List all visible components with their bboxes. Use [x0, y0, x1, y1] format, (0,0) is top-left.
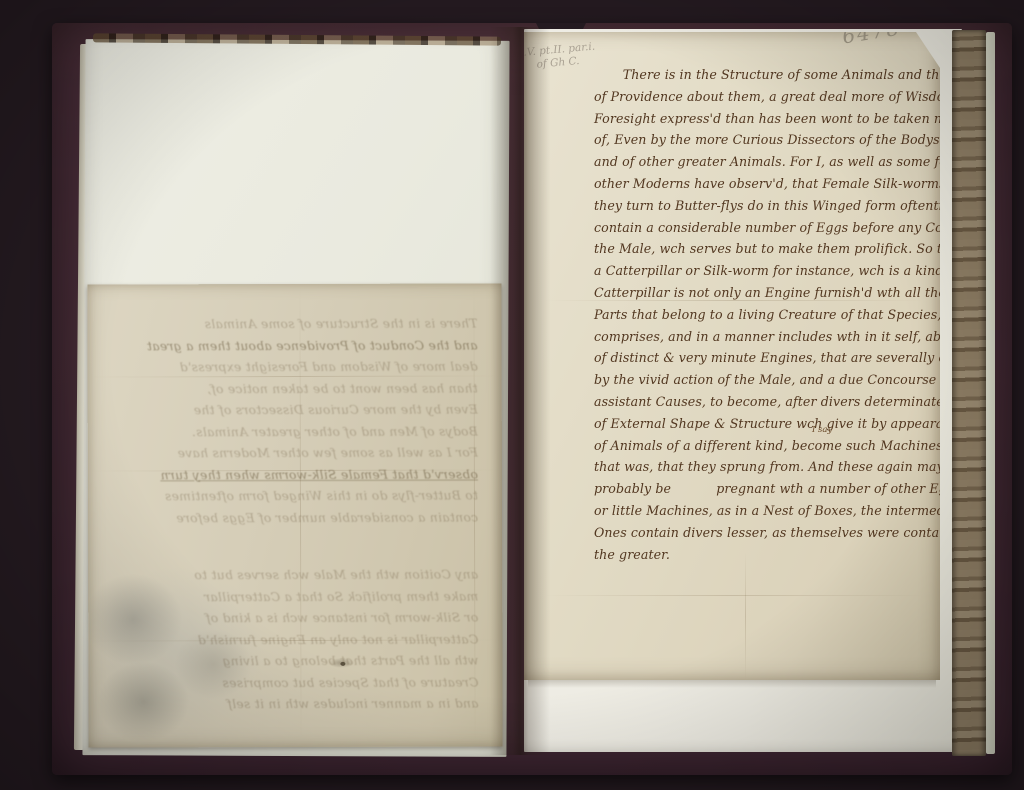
manuscript-line: and of other greater Animals. For I, as … [594, 151, 950, 173]
manuscript-line: comprises, and in a manner includes wth … [594, 326, 950, 348]
manuscript-line: that was, that they sprung from. And the… [594, 456, 950, 478]
showthrough-line: Even by the more Curious Dissectors of t… [102, 400, 478, 422]
manuscript-line: Catterpillar is not only an Engine furni… [594, 282, 950, 304]
fold-crease [745, 552, 746, 680]
manuscript-line: the Male, wch serves but to make them pr… [594, 238, 950, 260]
fore-edge-endpaper [986, 32, 995, 754]
interlinear-insertion: I say [812, 425, 832, 435]
manuscript-line: contain a considerable number of Eggs be… [594, 217, 950, 239]
showthrough-line: to Butter-flys do in this Winged form of… [102, 486, 478, 508]
manuscript-line: Foresight express'd than has been wont t… [594, 108, 950, 130]
showthrough-line: and in a manner includes wth in it self [102, 694, 478, 716]
manuscript-line: probably be pregnant wth a number of oth… [594, 478, 950, 500]
manuscript-photograph: There is in the Structure of some Animal… [0, 0, 1024, 790]
gutter-shadow [490, 27, 550, 755]
manuscript-line: a Catterpillar or Silk-worm for instance… [594, 260, 950, 282]
folio-number: 6478 [840, 16, 902, 49]
inserted-letter-sheet: There is in the Structure of some Animal… [87, 283, 502, 747]
showthrough-line: any Coition wth the Male wch serves but … [102, 565, 478, 587]
manuscript-line: assistant Causes, to become, after diver… [594, 391, 950, 413]
manuscript-line: by the vivid action of the Male, and a d… [594, 369, 950, 391]
manuscript-line: of Animals of a different kind, become s… [594, 435, 950, 457]
manuscript-line: other Moderns have observ'd, that Female… [594, 173, 950, 195]
showthrough-line: deal more of Wisdom and Foresight expres… [102, 357, 478, 379]
showthrough-line: than has been wont to be taken notice of… [102, 378, 478, 400]
showthrough-line: observ'd that Female Silk-worms when the… [102, 464, 478, 486]
showthrough-line: contain a considerable number of Eggs be… [102, 507, 478, 529]
showthrough-line: There is in the Structure of some Animal… [101, 314, 477, 336]
manuscript-line: or little Machines, as in a Nest of Boxe… [594, 500, 950, 522]
showthrough-line: Catterpillar is not only an Engine furni… [102, 629, 478, 651]
showthrough-line: and the Conduct of Providence about them… [102, 335, 478, 357]
manuscript-line: of Providence about them, a great deal m… [594, 86, 950, 108]
page-fore-edges [952, 30, 986, 756]
manuscript-line: of External Shape & Structure wch give i… [594, 413, 950, 435]
manuscript-line: the greater. [594, 544, 950, 566]
showthrough-line: wth all the Parts that belong to a livin… [102, 651, 478, 673]
fold-crease [544, 595, 924, 596]
showthrough-text: There is in the Structure of some Animal… [101, 314, 478, 716]
showthrough-line: Bodys of Men and of other greater Animal… [102, 421, 478, 443]
manuscript-line: Parts that belong to a living Creature o… [594, 304, 950, 326]
manuscript-line: they turn to Butter-flys do in this Wing… [594, 195, 950, 217]
showthrough-line: or Silk-worm for instance wch is a kind … [102, 608, 478, 630]
showthrough-line: For I as well as some few other Moderns … [102, 443, 478, 465]
page-shadow [528, 679, 936, 688]
manuscript-line: There is in the Structure of some Animal… [594, 64, 950, 86]
showthrough-line: make them prolifick So that a Catterpill… [102, 586, 478, 608]
manuscript-line: Ones contain divers lesser, as themselve… [594, 522, 950, 544]
manuscript-page: R.V. pt.II. par.i. of Gh C. 6478 There i… [524, 32, 940, 680]
manuscript-text: There is in the Structure of some Animal… [594, 64, 950, 565]
manuscript-line: of, Even by the more Curious Dissectors … [594, 129, 950, 151]
manuscript-line: of distinct & very minute Engines, that … [594, 347, 950, 369]
showthrough-line: Creature of that Species but comprises [102, 672, 478, 694]
